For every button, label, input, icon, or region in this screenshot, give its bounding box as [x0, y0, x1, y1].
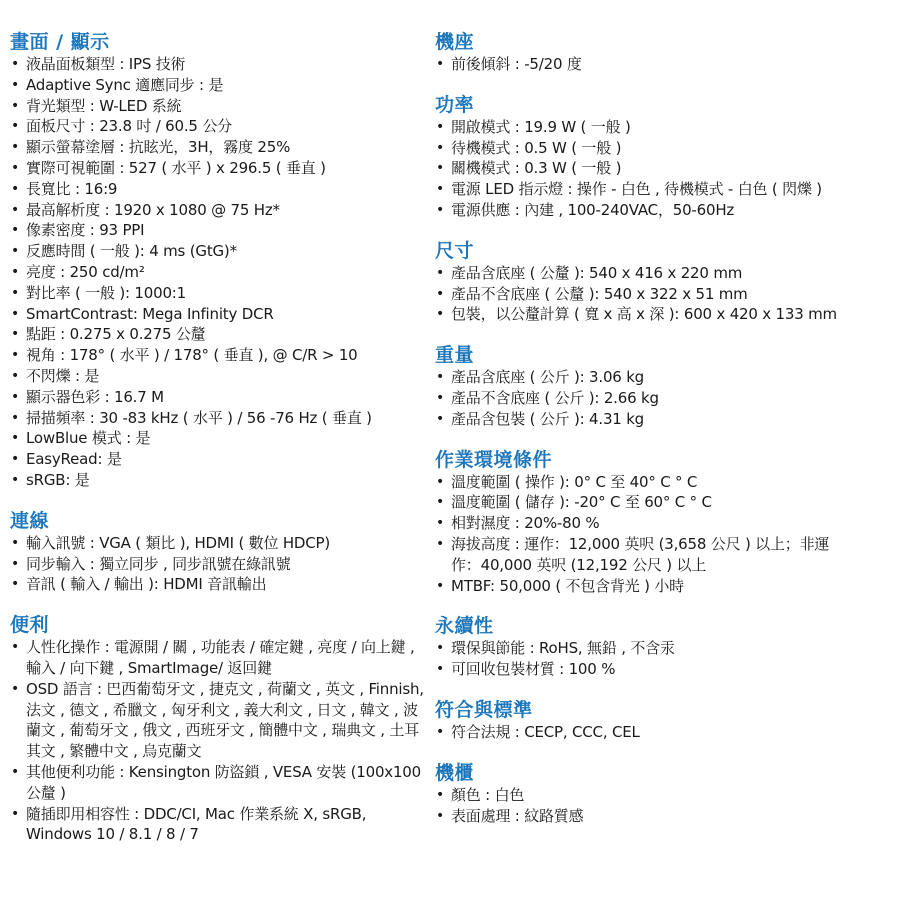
- spec-list: •產品含底座 ( 公釐 ): 540 x 416 x 220 mm •產品不含底…: [435, 263, 845, 325]
- spec-item: •OSD 語言 : 巴西葡萄牙文 , 捷克文 , 荷蘭文 , 英文 , Finn…: [10, 679, 425, 762]
- spec-item: •顯示器色彩 : 16.7 M: [10, 387, 425, 408]
- section-title: 尺寸: [435, 239, 845, 263]
- left-column: 畫面 / 顯示 •液晶面板類型 : IPS 技術 •Adaptive Sync …: [10, 30, 425, 863]
- spec-item: •背光類型 : W-LED 系統: [10, 96, 425, 117]
- bullet-icon: •: [11, 408, 19, 429]
- spec-item: •海拔高度 : 運作：12,000 英呎 (3,658 公尺 ) 以上；非運作：…: [435, 534, 845, 576]
- spec-item: •顏色 : 白色: [435, 785, 845, 806]
- spec-item: •視角 : 178° ( 水平 ) / 178° ( 垂直 ), @ C/R >…: [10, 345, 425, 366]
- spec-item: •Adaptive Sync 適應同步 : 是: [10, 75, 425, 96]
- bullet-icon: •: [436, 179, 444, 200]
- bullet-icon: •: [11, 241, 19, 262]
- bullet-icon: •: [11, 137, 19, 158]
- spec-list: •符合法規 : CECP, CCC, CEL: [435, 722, 845, 743]
- bullet-icon: •: [11, 387, 19, 408]
- bullet-icon: •: [11, 179, 19, 200]
- spec-item: •環保與節能 : RoHS, 無鉛 , 不含汞: [435, 638, 845, 659]
- spec-item: •表面處理 : 紋路質感: [435, 806, 845, 827]
- bullet-icon: •: [436, 200, 444, 221]
- section-compliance: 符合與標準 •符合法規 : CECP, CCC, CEL: [435, 698, 845, 743]
- spec-item: •產品含底座 ( 公釐 ): 540 x 416 x 220 mm: [435, 263, 845, 284]
- bullet-icon: •: [436, 304, 444, 325]
- spec-item: •同步輸入 : 獨立同步 , 同步訊號在綠訊號: [10, 554, 425, 575]
- bullet-icon: •: [11, 54, 19, 75]
- spec-item: •待機模式 : 0.5 W ( 一般 ): [435, 138, 845, 159]
- bullet-icon: •: [436, 138, 444, 159]
- bullet-icon: •: [11, 533, 19, 554]
- spec-list: •顏色 : 白色 •表面處理 : 紋路質感: [435, 785, 845, 827]
- section-connectivity: 連線 •輸入訊號 : VGA ( 類比 ), HDMI ( 數位 HDCP) •…: [10, 509, 425, 595]
- bullet-icon: •: [11, 304, 19, 325]
- spec-item: •包裝，以公釐計算 ( 寬 x 高 x 深 ): 600 x 420 x 133…: [435, 304, 845, 325]
- bullet-icon: •: [11, 366, 19, 387]
- section-title: 連線: [10, 509, 425, 533]
- bullet-icon: •: [11, 679, 19, 700]
- bullet-icon: •: [11, 75, 19, 96]
- bullet-icon: •: [11, 762, 19, 783]
- section-title: 功率: [435, 93, 845, 117]
- bullet-icon: •: [11, 324, 19, 345]
- section-dimensions: 尺寸 •產品含底座 ( 公釐 ): 540 x 416 x 220 mm •產品…: [435, 239, 845, 325]
- spec-item: •最高解析度 : 1920 x 1080 @ 75 Hz*: [10, 200, 425, 221]
- bullet-icon: •: [436, 388, 444, 409]
- section-title: 符合與標準: [435, 698, 845, 722]
- bullet-icon: •: [436, 367, 444, 388]
- bullet-icon: •: [11, 637, 19, 658]
- section-title: 便利: [10, 613, 425, 637]
- spec-item: •實際可視範圍 : 527 ( 水平 ) x 296.5 ( 垂直 ): [10, 158, 425, 179]
- bullet-icon: •: [436, 722, 444, 743]
- spec-item: •產品不含底座 ( 公斤 ): 2.66 kg: [435, 388, 845, 409]
- bullet-icon: •: [11, 200, 19, 221]
- bullet-icon: •: [436, 806, 444, 827]
- section-weight: 重量 •產品含底座 ( 公斤 ): 3.06 kg •產品不含底座 ( 公斤 )…: [435, 343, 845, 429]
- spec-item: •EasyRead: 是: [10, 449, 425, 470]
- bullet-icon: •: [11, 96, 19, 117]
- bullet-icon: •: [436, 284, 444, 305]
- bullet-icon: •: [11, 804, 19, 825]
- spec-item: •電源供應 : 內建 , 100-240VAC，50-60Hz: [435, 200, 845, 221]
- bullet-icon: •: [11, 574, 19, 595]
- spec-item: •產品不含底座 ( 公釐 ): 540 x 322 x 51 mm: [435, 284, 845, 305]
- bullet-icon: •: [436, 638, 444, 659]
- spec-list: •開啟模式 : 19.9 W ( 一般 ) •待機模式 : 0.5 W ( 一般…: [435, 117, 845, 221]
- section-title: 機櫃: [435, 761, 845, 785]
- bullet-icon: •: [11, 554, 19, 575]
- spec-item: •溫度範圍 ( 操作 ): 0° C 至 40° C ° C: [435, 472, 845, 493]
- spec-item: •長寬比 : 16:9: [10, 179, 425, 200]
- bullet-icon: •: [11, 220, 19, 241]
- bullet-icon: •: [11, 158, 19, 179]
- spec-item: •其他便利功能 : Kensington 防盜鎖 , VESA 安裝 (100x…: [10, 762, 425, 804]
- right-column: 機座 •前後傾斜 : -5/20 度 功率 •開啟模式 : 19.9 W ( 一…: [435, 30, 845, 844]
- spec-item: •開啟模式 : 19.9 W ( 一般 ): [435, 117, 845, 138]
- section-display: 畫面 / 顯示 •液晶面板類型 : IPS 技術 •Adaptive Sync …: [10, 30, 425, 491]
- spec-item: •產品含底座 ( 公斤 ): 3.06 kg: [435, 367, 845, 388]
- spec-item: •不閃爍 : 是: [10, 366, 425, 387]
- bullet-icon: •: [436, 158, 444, 179]
- spec-item: •音訊 ( 輸入 / 輸出 ): HDMI 音訊輸出: [10, 574, 425, 595]
- spec-list: •前後傾斜 : -5/20 度: [435, 54, 845, 75]
- section-title: 畫面 / 顯示: [10, 30, 425, 54]
- spec-item: •LowBlue 模式 : 是: [10, 428, 425, 449]
- section-sustainability: 永續性 •環保與節能 : RoHS, 無鉛 , 不含汞 •可回收包裝材質 : 1…: [435, 614, 845, 680]
- spec-item: •輸入訊號 : VGA ( 類比 ), HDMI ( 數位 HDCP): [10, 533, 425, 554]
- bullet-icon: •: [436, 492, 444, 513]
- bullet-icon: •: [11, 428, 19, 449]
- spec-item: •掃描頻率 : 30 -83 kHz ( 水平 ) / 56 -76 Hz ( …: [10, 408, 425, 429]
- section-operating-conditions: 作業環境條件 •溫度範圍 ( 操作 ): 0° C 至 40° C ° C •溫…: [435, 448, 845, 597]
- section-title: 作業環境條件: [435, 448, 845, 472]
- spec-list: •液晶面板類型 : IPS 技術 •Adaptive Sync 適應同步 : 是…: [10, 54, 425, 491]
- section-stand: 機座 •前後傾斜 : -5/20 度: [435, 30, 845, 75]
- spec-item: •對比率 ( 一般 ): 1000:1: [10, 283, 425, 304]
- spec-item: •反應時間 ( 一般 ): 4 ms (GtG)*: [10, 241, 425, 262]
- spec-item: •產品含包裝 ( 公斤 ): 4.31 kg: [435, 409, 845, 430]
- bullet-icon: •: [11, 449, 19, 470]
- spec-item: •亮度 : 250 cd/m²: [10, 262, 425, 283]
- bullet-icon: •: [11, 262, 19, 283]
- bullet-icon: •: [11, 116, 19, 137]
- bullet-icon: •: [11, 470, 19, 491]
- section-title: 永續性: [435, 614, 845, 638]
- bullet-icon: •: [436, 785, 444, 806]
- bullet-icon: •: [436, 576, 444, 597]
- bullet-icon: •: [436, 263, 444, 284]
- section-convenience: 便利 •人性化操作 : 電源開 / 關 , 功能表 / 確定鍵 , 亮度 / 向…: [10, 613, 425, 845]
- bullet-icon: •: [436, 513, 444, 534]
- spec-item: •關機模式 : 0.3 W ( 一般 ): [435, 158, 845, 179]
- bullet-icon: •: [436, 534, 444, 555]
- bullet-icon: •: [436, 659, 444, 680]
- spec-list: •環保與節能 : RoHS, 無鉛 , 不含汞 •可回收包裝材質 : 100 %: [435, 638, 845, 680]
- bullet-icon: •: [11, 345, 19, 366]
- spec-item: •人性化操作 : 電源開 / 關 , 功能表 / 確定鍵 , 亮度 / 向上鍵 …: [10, 637, 425, 679]
- bullet-icon: •: [436, 117, 444, 138]
- spec-item: •顯示螢幕塗層 : 抗眩光，3H，霧度 25%: [10, 137, 425, 158]
- spec-item: •相對濕度 : 20%-80 %: [435, 513, 845, 534]
- bullet-icon: •: [436, 54, 444, 75]
- spec-item: •符合法規 : CECP, CCC, CEL: [435, 722, 845, 743]
- spec-list: •溫度範圍 ( 操作 ): 0° C 至 40° C ° C •溫度範圍 ( 儲…: [435, 472, 845, 597]
- spec-item: •液晶面板類型 : IPS 技術: [10, 54, 425, 75]
- spec-item: •電源 LED 指示燈 : 操作 - 白色 , 待機模式 - 白色 ( 閃爍 ): [435, 179, 845, 200]
- section-cabinet: 機櫃 •顏色 : 白色 •表面處理 : 紋路質感: [435, 761, 845, 827]
- spec-item: •SmartContrast: Mega Infinity DCR: [10, 304, 425, 325]
- section-title: 重量: [435, 343, 845, 367]
- bullet-icon: •: [11, 283, 19, 304]
- spec-list: •輸入訊號 : VGA ( 類比 ), HDMI ( 數位 HDCP) •同步輸…: [10, 533, 425, 595]
- spec-item: •可回收包裝材質 : 100 %: [435, 659, 845, 680]
- spec-item: •MTBF: 50,000 ( 不包含背光 ) 小時: [435, 576, 845, 597]
- spec-item: •隨插即用相容性 : DDC/CI, Mac 作業系統 X, sRGB, Win…: [10, 804, 425, 846]
- spec-item: •像素密度 : 93 PPI: [10, 220, 425, 241]
- section-title: 機座: [435, 30, 845, 54]
- spec-item: •sRGB: 是: [10, 470, 425, 491]
- spec-item: •前後傾斜 : -5/20 度: [435, 54, 845, 75]
- spec-item: •點距 : 0.275 x 0.275 公釐: [10, 324, 425, 345]
- spec-list: •人性化操作 : 電源開 / 關 , 功能表 / 確定鍵 , 亮度 / 向上鍵 …: [10, 637, 425, 845]
- bullet-icon: •: [436, 472, 444, 493]
- spec-item: •溫度範圍 ( 儲存 ): -20° C 至 60° C ° C: [435, 492, 845, 513]
- spec-item: •面板尺寸 : 23.8 吋 / 60.5 公分: [10, 116, 425, 137]
- section-power: 功率 •開啟模式 : 19.9 W ( 一般 ) •待機模式 : 0.5 W (…: [435, 93, 845, 221]
- spec-list: •產品含底座 ( 公斤 ): 3.06 kg •產品不含底座 ( 公斤 ): 2…: [435, 367, 845, 429]
- bullet-icon: •: [436, 409, 444, 430]
